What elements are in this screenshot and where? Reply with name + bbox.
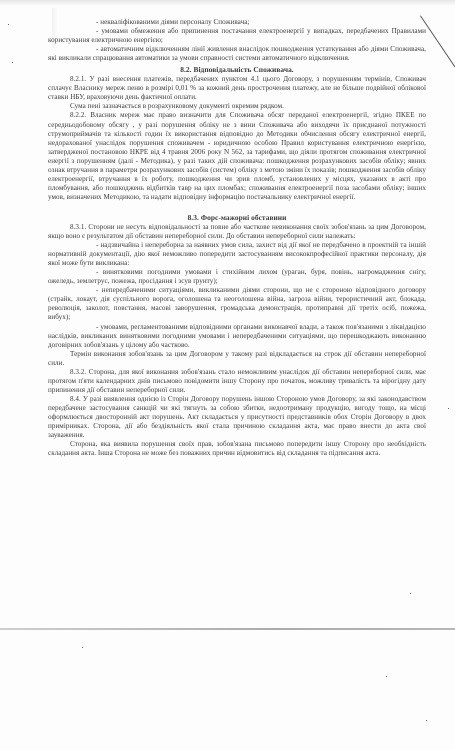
- scan-speck: [12, 62, 13, 63]
- paragraph-penalty-note: Сума пені зазначається в розрахунковому …: [48, 102, 426, 111]
- intro-item: - автоматичним відключенням лінії живлен…: [48, 45, 426, 63]
- force-majeure-item: - непередбаченими ситуаціями, викликаним…: [48, 286, 426, 322]
- scan-speck: [386, 676, 387, 677]
- paragraph-8-2-2: 8.2.2. Власник мереж має право визначити…: [48, 111, 426, 201]
- scan-speck: [448, 408, 449, 409]
- section-heading-8-2: 8.2. Відповідальність Споживача.: [48, 65, 426, 74]
- paragraph-term-extension: Термін виконання зобов'язань за цим Дого…: [48, 350, 426, 368]
- force-majeure-item: - умовами, регламентованими відповідними…: [48, 323, 426, 350]
- scan-speck: [426, 720, 427, 721]
- paragraph-8-4: 8.4. У разі виявлення однією із Сторін Д…: [48, 395, 426, 440]
- section-heading-8-3: 8.3. Форс-мажорні обставини: [48, 213, 426, 222]
- force-majeure-item: - надзвичайна і непереборна за наявних у…: [48, 241, 426, 268]
- scan-edge-shadow: [0, 0, 455, 6]
- scan-speck: [8, 24, 9, 25]
- scanned-page: - некваліфікованими діями персоналу Спож…: [0, 0, 455, 750]
- intro-item: - некваліфікованими діями персоналу Спож…: [48, 18, 426, 27]
- document-body: - некваліфікованими діями персоналу Спож…: [48, 18, 426, 458]
- scan-speck: [410, 593, 411, 594]
- paragraph-8-2-1: 8.2.1. У разі внесення платежів, передба…: [48, 75, 426, 102]
- paragraph-8-3-1: 8.3.1. Сторони не несуть відповідальност…: [48, 223, 426, 241]
- paragraph-8-3-2: 8.3.2. Сторона, для якої виконання зобов…: [48, 368, 426, 395]
- scan-fold-line: [0, 628, 455, 630]
- force-majeure-item: - винятковими погодними умовами і стихій…: [48, 268, 426, 286]
- intro-item: - умовами обмеження або припинення поста…: [48, 27, 426, 45]
- paragraph-8-4-notice: Сторона, яка виявила порушення своїх пра…: [48, 440, 426, 458]
- scan-speck: [82, 647, 83, 648]
